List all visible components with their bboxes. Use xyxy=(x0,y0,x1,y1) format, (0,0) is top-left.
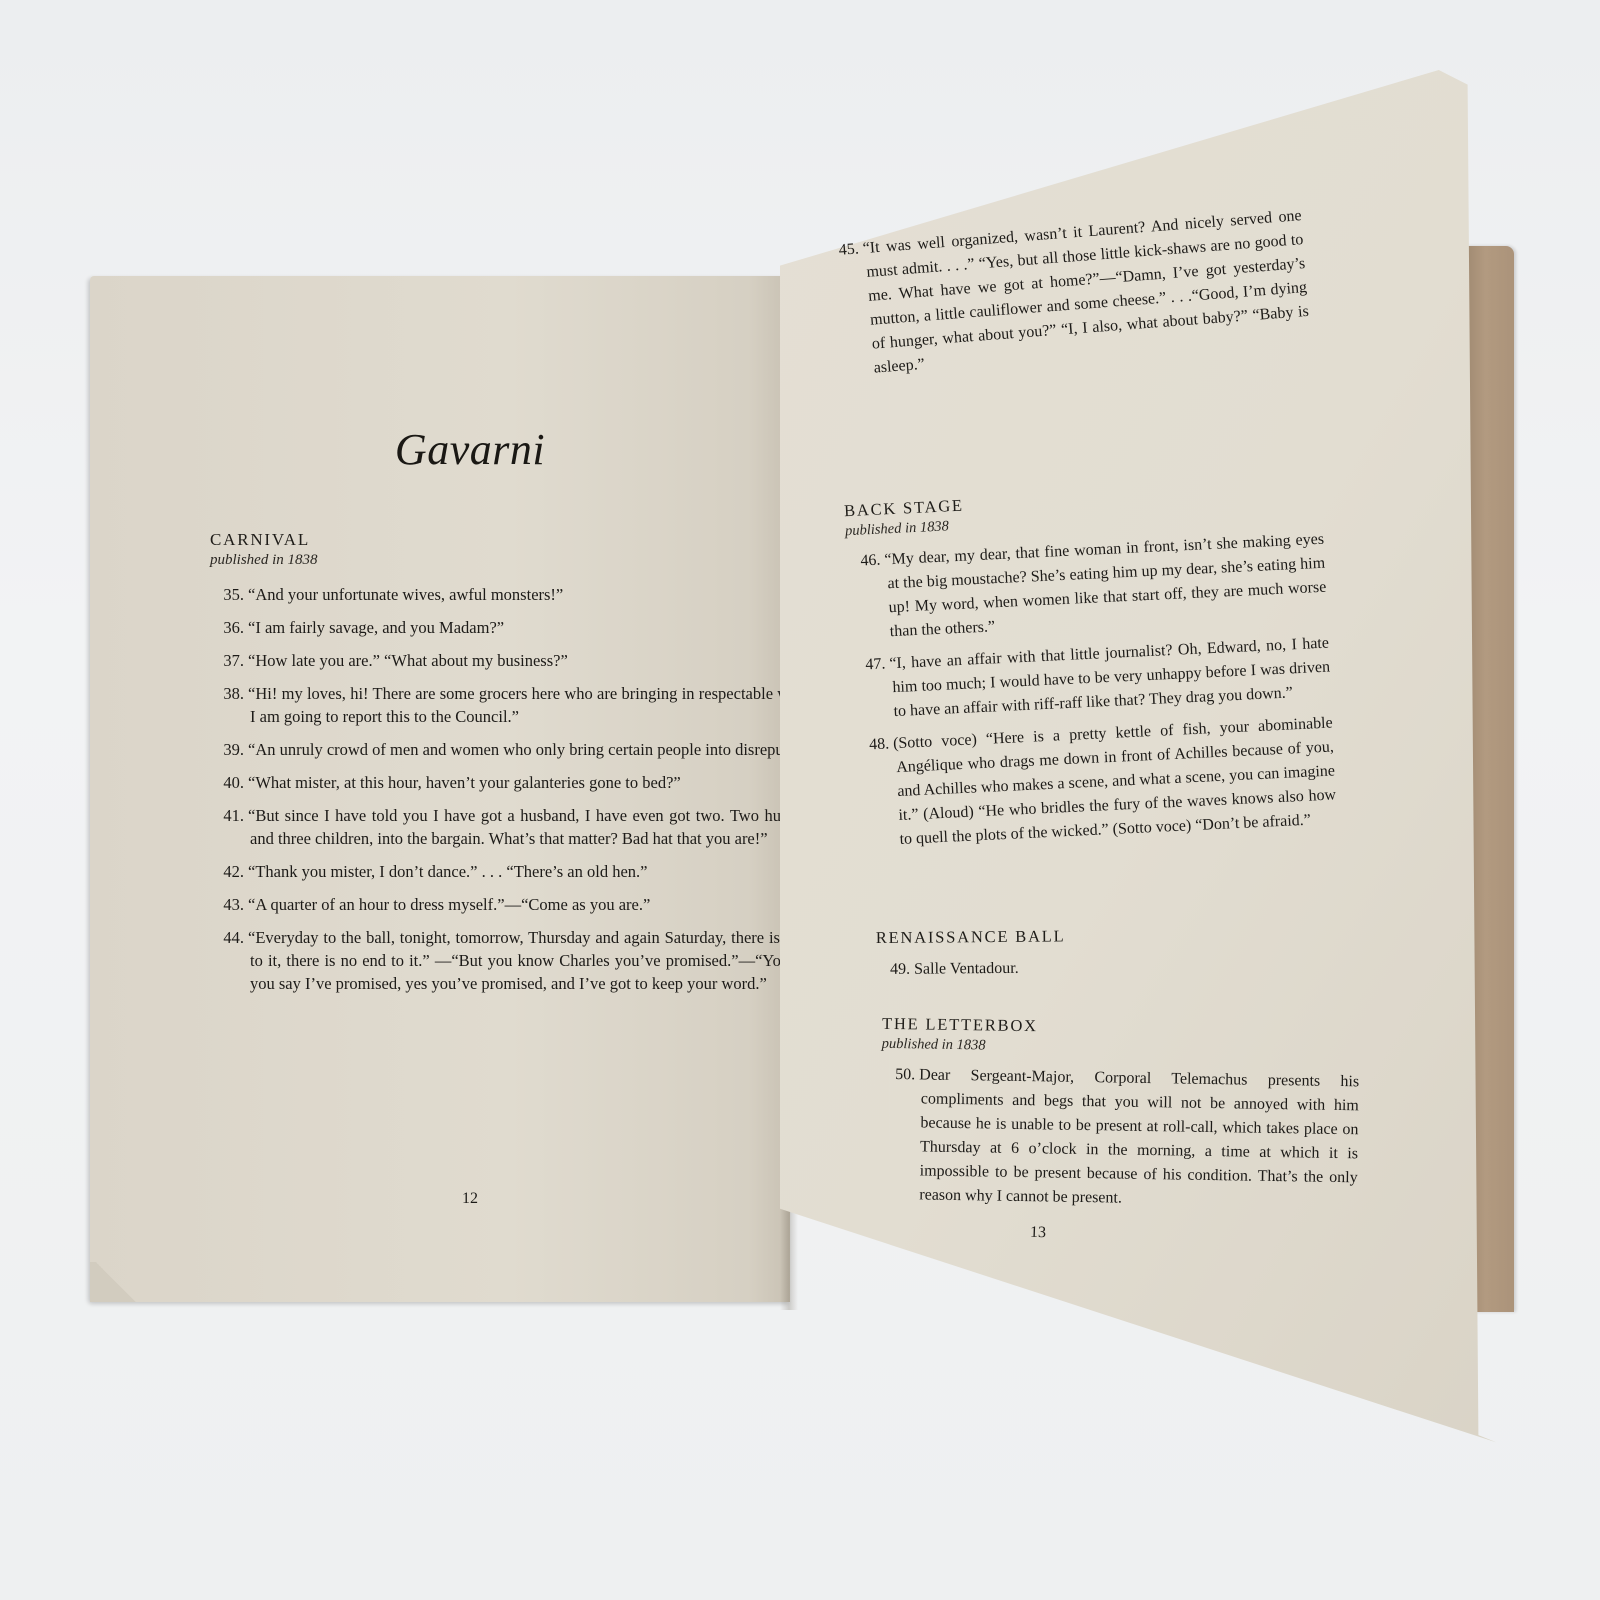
section-heading: CARNIVAL xyxy=(210,530,830,550)
right-page: 45.“It was well organized, wasn’t it Lau… xyxy=(780,70,1500,1530)
entry-list: 46.“My dear, my dear, that fine woman in… xyxy=(846,528,1338,854)
list-item: 42.“Thank you mister, I don’t dance.” . … xyxy=(210,860,830,883)
list-item: 47.“I, have an affair with that little j… xyxy=(851,632,1332,726)
section-letterbox: THE LETTERBOX published in 1838 50.Dear … xyxy=(879,1014,1360,1222)
list-item: 36.“I am fairly savage, and you Madam?” xyxy=(210,616,830,639)
section-back-stage: BACK STAGE published in 1838 46.“My dear… xyxy=(844,479,1338,862)
list-item: 35.“And your unfortunate wives, awful mo… xyxy=(210,583,830,606)
list-item: 37.“How late you are.” “What about my bu… xyxy=(210,649,830,672)
left-page: Gavarni CARNIVAL published in 1838 35.“A… xyxy=(90,276,790,1302)
show-through-text xyxy=(220,352,760,415)
list-item: 50.Dear Sergeant-Major, Corporal Telemac… xyxy=(879,1063,1359,1214)
list-item: 48.(Sotto voce) “Here is a pretty kettle… xyxy=(855,711,1338,853)
section-heading: RENAISSANCE BALL xyxy=(876,924,1354,948)
section-carnival: CARNIVAL published in 1838 35.“And your … xyxy=(210,530,830,1005)
folded-corner xyxy=(90,1262,142,1302)
section-subheading: published in 1838 xyxy=(210,552,830,569)
list-item: 49.Salle Ventadour. xyxy=(876,954,1354,982)
list-item: 46.“My dear, my dear, that fine woman in… xyxy=(846,528,1328,646)
list-item: 43.“A quarter of an hour to dress myself… xyxy=(210,893,830,916)
list-item: 44.“Everyday to the ball, tonight, tomor… xyxy=(210,926,830,995)
entry-list: 50.Dear Sergeant-Major, Corporal Telemac… xyxy=(879,1063,1359,1214)
list-item: 40.“What mister, at this hour, haven’t y… xyxy=(210,771,830,794)
page-number: 12 xyxy=(462,1190,478,1208)
page-title: Gavarni xyxy=(90,424,790,475)
entry-list: 35.“And your unfortunate wives, awful mo… xyxy=(210,583,830,995)
entry-list: 49.Salle Ventadour. xyxy=(876,954,1354,982)
photo-scene: Gavarni CARNIVAL published in 1838 35.“A… xyxy=(0,0,1600,1600)
list-item: 41.“But since I have told you I have got… xyxy=(210,804,830,850)
section-renaissance-ball: RENAISSANCE BALL 49.Salle Ventadour. xyxy=(876,924,1355,990)
list-item: 38.“Hi! my loves, hi! There are some gro… xyxy=(210,682,830,728)
list-item: 39.“An unruly crowd of men and women who… xyxy=(210,738,830,761)
page-number: 13 xyxy=(1030,1224,1047,1243)
